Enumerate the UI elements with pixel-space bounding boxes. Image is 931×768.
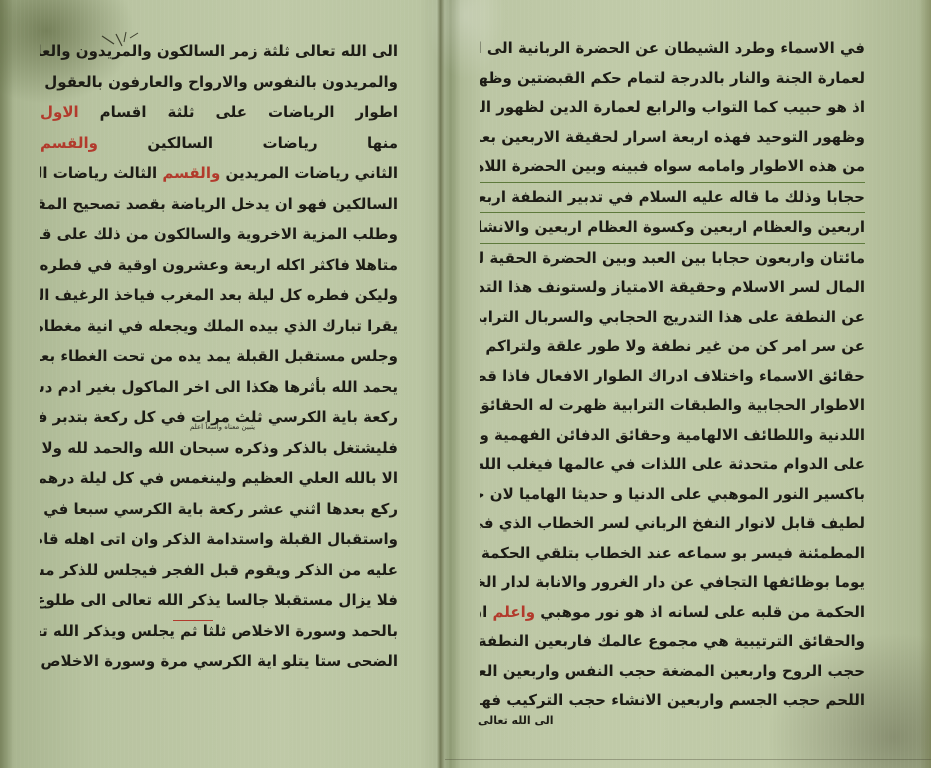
left-page-edge: [0, 0, 14, 768]
right-line-9: المال لسر الاسلام وحقيقة الامتياز ولستون…: [480, 273, 865, 303]
right-line-23: اللحم حجب الجسم واربعين الانشاء حجب التر…: [480, 686, 865, 716]
right-line-7-ruled: اربعين والعظام اربعين وكسوة العظام اربعي…: [480, 212, 865, 244]
left-line-17: واستقبال القبلة واستدامة الذكر وان اتى ا…: [40, 524, 398, 555]
book-gutter: [437, 0, 445, 768]
left-line-7: وطلب المزية الاخروية والسالكون من ذلك عل…: [40, 219, 398, 250]
rubric-section-2: والقسم: [40, 134, 98, 152]
right-line-20-text: الحكمة من قلبه على لسانه اذ هو نور موهبي: [540, 603, 865, 621]
left-line-6: السالكين فهو ان يدخل الرياضة بقصد تصحيح …: [40, 189, 398, 220]
left-line-11: وجلس مستقبل القبلة يمد يده من تحت الغطاء…: [40, 341, 398, 372]
catchword: الى الله تعالى: [478, 714, 553, 727]
right-page-text: في الاسماء وطرد الشيطان عن الحضرة الربان…: [480, 34, 865, 716]
rubric-section-3: والقسم: [162, 164, 220, 182]
left-page-text: الى الله تعالى ثلثة زمر السالكون والمريد…: [40, 36, 398, 677]
left-line-19: فلا يزال مستقبلا جالسا يذكر الله تعالى ا…: [40, 585, 398, 616]
left-line-5-tail: الثالث رياضات العارفين فاما رياضات: [40, 164, 157, 182]
left-line-10: يقرا تبارك الذي بيده الملك ويجعله في اني…: [40, 311, 398, 342]
right-line-18: المطمئنة فيسر بو سماعه عند الخطاب بتلقي …: [480, 539, 865, 569]
left-line-1: الى الله تعالى ثلثة زمر السالكون والمريد…: [40, 36, 398, 67]
right-line-10: عن النطفة على هذا التدريج الحجابي والسرب…: [480, 303, 865, 333]
right-line-8: مائتان واربعون حجابا بين العبد وبين الحض…: [480, 244, 865, 274]
left-line-4: منها رياضات السالكين والقسم: [40, 128, 398, 159]
interlinear-note: يتبين معناه واسعاً اعلم: [190, 423, 255, 431]
left-line-8: متاهلا فاكثر اكله اربعة وعشرون اوقية في …: [40, 250, 398, 281]
right-line-13: الاطوار الحجابية والطبقات الترابية ظهرت …: [480, 391, 865, 421]
right-line-20-tail: ان هذه الاطوار التركيبية: [480, 603, 487, 621]
left-line-16: ركع بعدها اثني عشر ركعة باية الكرسي سبعا…: [40, 494, 398, 525]
rubric-waalam: واعلم: [492, 603, 535, 621]
left-line-21: الضحى ستا يتلو اية الكرسي مرة وسورة الاخ…: [40, 646, 398, 677]
right-line-4: وظهور التوحيد فهذه اربعة اسرار لحقيقة ال…: [480, 123, 865, 153]
right-page-edge: [919, 0, 931, 768]
left-line-5-text: الثاني رياضات المريدين: [226, 164, 398, 182]
right-line-16: باكسير النور الموهبي على الدنيا و حديثا …: [480, 480, 865, 510]
left-line-2: والمريدون بالنفوس والارواح والعارفون بال…: [40, 67, 398, 98]
right-line-19: يوما بوظائفها التجافي عن دار الغرور والا…: [480, 568, 865, 598]
left-line-12: يحمد الله بأثرها هكذا الى اخر الماكول بغ…: [40, 372, 398, 403]
right-line-1: في الاسماء وطرد الشيطان عن الحضرة الربان…: [480, 34, 865, 64]
right-line-14: اللدنية واللطائف الالهامية وحقائق الدفائ…: [480, 421, 865, 451]
right-line-20: الحكمة من قلبه على لسانه اذ هو نور موهبي…: [480, 598, 865, 628]
left-line-5: الثاني رياضات المريدين والقسم الثالث ريا…: [40, 158, 398, 189]
left-line-20: بالحمد وسورة الاخلاص ثلثا ثم يجلس ويذكر …: [40, 616, 398, 647]
left-line-18: عليه من الذكر ويقوم قبل الفجر فيجلس للذك…: [40, 555, 398, 586]
left-line-14: فليشتغل بالذكر وذكره سبحان الله والحمد ل…: [40, 433, 398, 464]
right-line-12: حقائق الاسماء واختلاف ادراك الطوار الافع…: [480, 362, 865, 392]
right-line-2: لعمارة الجنة والنار بالدرجة لتمام حكم ال…: [480, 64, 865, 94]
left-line-3-text: اطوار الرياضات على ثلثة اقسام: [100, 103, 398, 121]
right-line-17: لطيف قابل لانوار النفخ الرباني لسر الخطا…: [480, 509, 865, 539]
page-bottom-fold: [445, 759, 931, 760]
right-line-11: عن سر امر كن من غير نطفة ولا طور علقة ول…: [480, 332, 865, 362]
right-line-15: على الدوام متحدثة على اللذات في عالمها ف…: [480, 450, 865, 480]
red-underline-mark: [173, 620, 213, 621]
right-line-3: اذ هو حبيب كما التواب والرابع لعمارة الد…: [480, 93, 865, 123]
right-line-5: من هذه الاطوار وامامه سواه فبينه وبين ال…: [480, 152, 865, 182]
right-line-6-ruled: حجابا وذلك ما قاله عليه السلام في تدبير …: [480, 182, 865, 213]
rubric-first: الاول: [40, 103, 79, 121]
left-line-4-text: منها رياضات السالكين: [147, 134, 398, 152]
right-line-22: حجب الروح واربعين المضغة حجب النفس واربع…: [480, 657, 865, 687]
left-line-15: الا بالله العلي العظيم ولينغمس في كل ليل…: [40, 463, 398, 494]
right-line-21: والحقائق الترتيبية هي مجموع عالمك فاربعي…: [480, 627, 865, 657]
manuscript-spread: الى الله تعالى ثلثة زمر السالكون والمريد…: [0, 0, 931, 768]
left-line-3: اطوار الرياضات على ثلثة اقسام الاول: [40, 97, 398, 128]
left-line-9: وليكن فطره كل ليلة بعد المغرب فياخذ الرغ…: [40, 280, 398, 311]
